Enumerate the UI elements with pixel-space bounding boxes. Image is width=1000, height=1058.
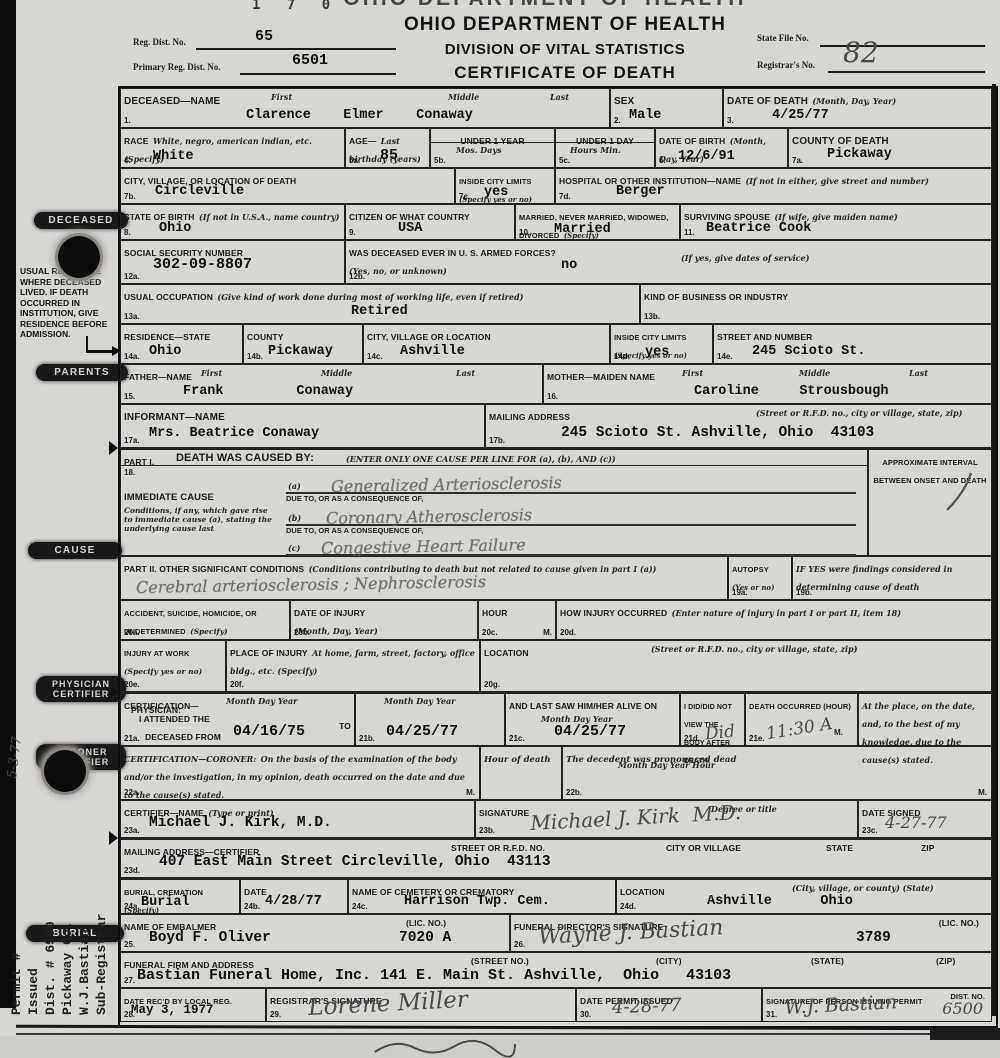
field-hint: (Street or R.F.D. no., city or village, … bbox=[651, 644, 857, 654]
field-value: 4/25/77 bbox=[772, 108, 829, 123]
field-value: Married bbox=[554, 222, 611, 237]
field-number: 11. bbox=[684, 228, 695, 237]
lic-no-value: 3789 bbox=[856, 930, 891, 946]
field-12b-armed-forces: WAS DECEASED EVER IN U. S. ARMED FORCES?… bbox=[345, 240, 992, 284]
field-hint: First bbox=[201, 368, 222, 378]
field-number: 21d. bbox=[684, 734, 700, 743]
field-number: 20c. bbox=[482, 628, 498, 637]
field-number: 17a. bbox=[124, 436, 140, 445]
field-4-race: RACE White, negro, american indian, etc.… bbox=[120, 128, 345, 168]
field-label: RACE bbox=[124, 136, 149, 146]
field-hint: (If not in either, give street and numbe… bbox=[746, 176, 929, 186]
rule bbox=[556, 142, 654, 143]
field-value: Ashville bbox=[400, 344, 465, 359]
field-25-embalmer: NAME OF EMBALMER (LIC. NO.) 25. Boyd F. … bbox=[120, 914, 510, 952]
part1-instruction: (ENTER ONLY ONE CAUSE PER LINE FOR (a), … bbox=[346, 454, 616, 464]
attended-label: I ATTENDED THE bbox=[139, 714, 210, 724]
field-value: May 3, 1977 bbox=[131, 1003, 214, 1017]
field-number: 14c. bbox=[367, 352, 383, 361]
field-value: USA bbox=[398, 221, 422, 236]
field-label: MOTHER—MAIDEN NAME bbox=[547, 372, 655, 382]
field-12a-ssn: SOCIAL SECURITY NUMBER 12a. 302-09-8807 bbox=[120, 240, 345, 284]
field-hint: Month Day Year bbox=[226, 696, 297, 706]
rule bbox=[828, 71, 985, 73]
field-5b-under-1-year: UNDER 1 YEAR Mos. Days 5b. bbox=[430, 128, 555, 168]
field-number: 7c. bbox=[459, 192, 470, 201]
registrar-no-label: Registrar's No. bbox=[757, 60, 815, 70]
field-number: 25. bbox=[124, 940, 135, 949]
field-value: White bbox=[153, 149, 194, 164]
deceased-from-label: DECEASED FROM bbox=[145, 732, 221, 742]
field-value: Boyd F. Oliver bbox=[149, 930, 271, 946]
field-label: COUNTY OF DEATH bbox=[792, 136, 889, 147]
field-number: 8. bbox=[124, 228, 131, 237]
field-23b-certifier-signature: SIGNATURE Degree or title 23b. Michael J… bbox=[475, 800, 858, 838]
field-number: 14b. bbox=[247, 352, 263, 361]
field-value: 11:30 A bbox=[765, 714, 834, 744]
field-hint: (Enter nature of injury in part I or par… bbox=[672, 608, 901, 618]
field-17b-informant-address: MAILING ADDRESS (Street or R.F.D. no., c… bbox=[485, 404, 992, 448]
field-value: Harrison Twp. Cem. bbox=[404, 894, 550, 909]
signature-value: W.J. Bastian bbox=[784, 991, 898, 1019]
field-label: FATHER—NAME bbox=[124, 372, 192, 382]
punch-hole-top bbox=[58, 236, 100, 278]
field-16-mother-maiden-name: MOTHER—MAIDEN NAME First Middle Last 16.… bbox=[543, 364, 992, 404]
field-hint: Last bbox=[550, 92, 569, 102]
field-20d-how-injury-occurred: HOW INJURY OCCURRED (Enter nature of inj… bbox=[556, 600, 992, 640]
field-number: 24a. bbox=[124, 902, 140, 911]
field-31-permit-issuer-signature: SIGNATURE OF PERSON ISSUING PERMIT DIST.… bbox=[762, 988, 992, 1022]
field-24a-burial-cremation: BURIAL, CREMATION (Specify) 24a. Burial bbox=[120, 878, 240, 914]
field-23a-certifier-name: CERTIFIER—NAME (Type or print) 23a. Mich… bbox=[120, 800, 475, 838]
film-code: 5152.08 bbox=[0, 927, 3, 991]
field-6-date-of-birth: DATE OF BIRTH (Month, Day, Year) 6. 12/6… bbox=[655, 128, 788, 168]
conditions-note: Conditions, if any, which gave rise to i… bbox=[124, 506, 274, 533]
field-number: 21a. bbox=[124, 734, 140, 743]
field-number: 2. bbox=[614, 116, 621, 125]
field-hint: Mos. Days bbox=[456, 145, 502, 155]
part1-cause-body: 18. IMMEDIATE CAUSE Conditions, if any, … bbox=[120, 466, 868, 556]
field-number: 21c. bbox=[509, 734, 525, 743]
field-22a-coroner-certification: CERTIFICATION—CORONER: On the basis of t… bbox=[120, 746, 480, 800]
field-number: 24d. bbox=[620, 902, 636, 911]
field-21b-attended-to: Month Day Year 21b. 04/25/77 bbox=[355, 692, 505, 746]
field-number: 22b. bbox=[566, 788, 582, 797]
field-21c-last-saw-alive: AND LAST SAW HIM/HER ALIVE ON Month Day … bbox=[505, 692, 680, 746]
dept-title: OHIO DEPARTMENT OF HEALTH bbox=[370, 14, 760, 36]
field-13b-kind-of-business: KIND OF BUSINESS OR INDUSTRY 13b. bbox=[640, 284, 992, 324]
cause-c-value: Congestive Heart Failure bbox=[321, 535, 526, 558]
field-20c-hour: HOUR 20c. M. bbox=[478, 600, 556, 640]
cause-b-value: Coronary Atherosclerosis bbox=[326, 505, 532, 528]
field-label: LOCATION bbox=[484, 648, 529, 658]
field-label: PLACE OF INJURY bbox=[230, 648, 308, 658]
column-label: (STATE) bbox=[811, 956, 844, 966]
line-prefix: (c) bbox=[288, 543, 300, 553]
field-hint: (If not in U.S.A., name country) bbox=[199, 212, 339, 222]
certificate-title: CERTIFICATE OF DEATH bbox=[400, 63, 730, 83]
field-21a-attended-from: CERTIFICATION— Month Day Year PHYSICIAN:… bbox=[120, 692, 355, 746]
rule bbox=[240, 73, 396, 75]
field-number: 17b. bbox=[489, 436, 505, 445]
field-number: 12b. bbox=[349, 272, 365, 281]
death-certificate-scan: OHIO DEPARTMENT OF HEALTH 1 7 0 Reg. Dis… bbox=[0, 0, 1000, 1058]
column-label: CITY OR VILLAGE bbox=[666, 843, 741, 853]
field-7c-inside-city-limits: INSIDE CITY LIMITS (Specify yes or no) 7… bbox=[455, 168, 555, 204]
field-17a-informant-name: INFORMANT—NAME 17a. Mrs. Beatrice Conawa… bbox=[120, 404, 485, 448]
field-hint: (Street or R.F.D. no., city or village, … bbox=[756, 408, 962, 418]
field-3-date-of-death: DATE OF DEATH (Month, Day, Year) 3. 4/25… bbox=[723, 88, 992, 128]
field-label: STREET AND NUMBER bbox=[717, 332, 812, 342]
field-value: 04/16/75 bbox=[233, 723, 305, 740]
field-20f-place-of-injury: PLACE OF INJURY At home, farm, street, f… bbox=[226, 640, 480, 692]
field-number: 26. bbox=[514, 940, 525, 949]
signature-value: Wayne J. Bastian bbox=[538, 915, 724, 950]
edge-notch-icon bbox=[109, 831, 118, 845]
field-24d-cemetery-location: LOCATION (City, village, or county) (Sta… bbox=[616, 878, 992, 914]
field-number: 30. bbox=[580, 1010, 591, 1019]
field-number: 7b. bbox=[124, 192, 136, 201]
field-hint: Month Day Year Hour bbox=[618, 760, 715, 770]
field-number: 23d. bbox=[124, 866, 140, 875]
field-label: HOW INJURY OCCURRED bbox=[560, 608, 667, 618]
field-2-sex: SEX 2. Male bbox=[610, 88, 723, 128]
part1-interval-column: APPROXIMATE INTERVAL BETWEEN ONSET AND D… bbox=[868, 448, 992, 556]
residence-note: USUAL RESIDENCE WHERE DECEASED LIVED. IF… bbox=[20, 266, 120, 340]
field-number: 20a. bbox=[124, 628, 140, 637]
field-label: DATE OF DEATH bbox=[727, 96, 808, 107]
field-23c-date-signed: DATE SIGNED 23c. 4-27-77 bbox=[858, 800, 992, 838]
field-number: 7d. bbox=[559, 192, 571, 201]
field-19a-autopsy: AUTOPSY (Yes or no) 19a. bbox=[728, 556, 792, 600]
field-hint: First bbox=[271, 92, 292, 102]
field-hint: Last bbox=[909, 368, 928, 378]
field-hint: (City, village, or county) (State) bbox=[792, 883, 934, 893]
field-hint: (If yes, give dates of service) bbox=[681, 253, 809, 263]
ghost-title-clipped: OHIO DEPARTMENT OF HEALTH bbox=[330, 0, 760, 12]
field-value: Did bbox=[704, 721, 736, 744]
field-label: CERTIFICATION—CORONER: bbox=[124, 754, 256, 764]
field-value: no bbox=[561, 258, 577, 273]
meridiem-label: M. bbox=[834, 728, 843, 737]
division-title: DIVISION OF VITAL STATISTICS bbox=[390, 41, 740, 58]
field-number: 23b. bbox=[479, 826, 495, 835]
field-label: MAILING ADDRESS bbox=[489, 412, 570, 422]
line-prefix: (a) bbox=[288, 481, 301, 491]
field-hint: Middle bbox=[321, 368, 352, 378]
field-number: 20e. bbox=[124, 680, 140, 689]
column-label: ZIP bbox=[921, 843, 935, 853]
field-label: INFORMANT—NAME bbox=[124, 412, 225, 423]
field-number: 24b. bbox=[244, 902, 260, 911]
edge-blotch bbox=[930, 1028, 1000, 1040]
field-hint: (Month, Day, Year) bbox=[812, 96, 896, 106]
field-value: 04/25/77 bbox=[554, 723, 626, 740]
field-7b-city-of-death: CITY, VILLAGE, OR LOCATION OF DEATH 7b. … bbox=[120, 168, 455, 204]
field-label: SEX bbox=[614, 96, 634, 107]
cause-a-value: Generalized Arteriosclerosis bbox=[331, 473, 562, 496]
note-arrow-shaft bbox=[86, 350, 114, 353]
field-number: 5b. bbox=[434, 156, 446, 165]
stamp-line: Issued bbox=[26, 775, 41, 1015]
field-label: LOCATION bbox=[620, 887, 665, 897]
to-label: TO bbox=[339, 721, 351, 731]
field-number: 20g. bbox=[484, 680, 500, 689]
field-value: Bastian Funeral Home, Inc. 141 E. Main S… bbox=[137, 967, 731, 984]
field-10-marital-status: MARRIED, NEVER MARRIED, WIDOWED, DIVORCE… bbox=[515, 204, 680, 240]
field-number: 18. bbox=[124, 468, 135, 477]
rule bbox=[196, 48, 396, 50]
field-23d-certifier-address: MAILING ADDRESS—CERTIFIER STREET OR R.F.… bbox=[120, 838, 992, 878]
field-value: yes bbox=[645, 345, 669, 360]
field-label: WAS DECEASED EVER IN U. S. ARMED FORCES? bbox=[349, 248, 556, 258]
field-24b-burial-date: DATE 24b. 4/28/77 bbox=[240, 878, 348, 914]
registrar-no-value: 82 bbox=[843, 36, 879, 69]
field-value: 245 Scioto St. bbox=[752, 344, 865, 359]
corner-mark: 1 7 0 bbox=[252, 0, 339, 13]
field-29-registrar-signature: REGISTRAR'S SIGNATURE 29. Lorene Miller bbox=[266, 988, 576, 1022]
immediate-cause-label: IMMEDIATE CAUSE bbox=[124, 492, 214, 503]
field-number: 21e. bbox=[749, 734, 765, 743]
field-number: 4. bbox=[124, 156, 131, 165]
field-value: Circleville bbox=[155, 184, 244, 199]
field-7a-county-of-death: COUNTY OF DEATH 7a. Pickaway bbox=[788, 128, 992, 168]
field-number: 9. bbox=[349, 228, 356, 237]
edge-notch-icon bbox=[109, 685, 118, 699]
field-number: 29. bbox=[270, 1010, 281, 1019]
lic-no-value: 7020 A bbox=[399, 930, 451, 946]
field-value: Frank Conaway bbox=[183, 384, 353, 399]
margin-tab-parents: PARENTS bbox=[36, 364, 128, 381]
field-5a-age: AGE— Last birthday (years) 5a. 85 bbox=[345, 128, 430, 168]
meridiem-label: M. bbox=[543, 628, 552, 637]
field-value: Burial bbox=[141, 895, 190, 910]
field-number: 19a. bbox=[732, 588, 748, 597]
field-9-citizen-of-country: CITIZEN OF WHAT COUNTRY 9. USA bbox=[345, 204, 515, 240]
field-21e-hour-of-death: DEATH OCCURRED (HOUR) 21e. 11:30 A M. bbox=[745, 692, 858, 746]
field-28-date-received: DATE REC'D BY LOCAL REG. 28. May 3, 1977 bbox=[120, 988, 266, 1022]
field-value: 245 Scioto St. Ashville, Ohio 43103 bbox=[561, 425, 874, 441]
field-20b-date-of-injury: DATE OF INJURY (Month, Day, Year) 20b. bbox=[290, 600, 478, 640]
rule bbox=[431, 142, 554, 143]
primary-reg-dist-value: 6501 bbox=[292, 52, 328, 69]
field-number: 23a. bbox=[124, 826, 140, 835]
primary-reg-dist-label: Primary Reg. Dist. No. bbox=[133, 62, 220, 72]
lic-no-label: (LIC. NO.) bbox=[939, 918, 979, 928]
field-number: 23c. bbox=[862, 826, 878, 835]
field-value: Mrs. Beatrice Conaway bbox=[149, 426, 319, 441]
field-number: 6. bbox=[659, 156, 666, 165]
stamp-line: Sub-Registrar bbox=[94, 775, 109, 1015]
field-hint: (Give kind of work done during most of w… bbox=[217, 292, 523, 302]
field-value: Beatrice Cook bbox=[706, 221, 811, 236]
field-value: 407 East Main Street Circleville, Ohio 4… bbox=[159, 854, 551, 870]
field-label: IF YES were findings considered in deter… bbox=[796, 564, 952, 592]
field-14b-residence-county: COUNTY 14b. Pickaway bbox=[243, 324, 363, 364]
field-14c-residence-city: CITY, VILLAGE OR LOCATION 14c. Ashville bbox=[363, 324, 610, 364]
field-27-funeral-firm: FUNERAL FIRM AND ADDRESS (STREET NO.) (C… bbox=[120, 952, 992, 988]
stamp-line: Permit # bbox=[9, 775, 24, 1015]
field-22b-pronounced-dead: The decedent was pronounced dead Month D… bbox=[562, 746, 992, 800]
field-number: 20f. bbox=[230, 680, 244, 689]
field-value: 12/6/91 bbox=[678, 149, 735, 164]
field-number: 12a. bbox=[124, 272, 140, 281]
stamp-line: Pickaway Co. bbox=[60, 775, 75, 1015]
field-number: 19b. bbox=[796, 588, 812, 597]
field-hint: (Specify) bbox=[190, 627, 228, 636]
part2-value: Cerebral arteriosclerosis ; Nephrosclero… bbox=[136, 572, 486, 597]
column-label: (CITY) bbox=[656, 956, 682, 966]
field-number: 14d. bbox=[614, 352, 630, 361]
field-value: Michael J. Kirk, M.D. bbox=[149, 815, 332, 831]
field-value: Ohio bbox=[149, 344, 181, 359]
part1-title: DEATH WAS CAUSED BY: bbox=[176, 452, 314, 464]
field-number: 5c. bbox=[559, 156, 570, 165]
field-22-hour-of-death: Hour of death bbox=[480, 746, 562, 800]
field-number: 21b. bbox=[359, 734, 375, 743]
field-value: Pickaway bbox=[827, 147, 892, 162]
state-file-label: State File No. bbox=[757, 33, 809, 43]
field-number: 14e. bbox=[717, 352, 733, 361]
reg-dist-value: 65 bbox=[255, 28, 273, 45]
field-value: Berger bbox=[616, 184, 665, 199]
field-value: 4-27-77 bbox=[885, 813, 947, 832]
cause-line-a: (a) Generalized Arteriosclerosis bbox=[286, 468, 856, 494]
field-value: Ohio bbox=[159, 221, 191, 236]
margin-tab-deceased: DECEASED bbox=[34, 212, 128, 229]
field-14e-street-and-number: STREET AND NUMBER 14e. 245 Scioto St. bbox=[713, 324, 992, 364]
dist-no-value: 6500 bbox=[942, 999, 983, 1018]
lic-no-label: (LIC. NO.) bbox=[406, 918, 446, 928]
field-20e-injury-at-work: INJURY AT WORK (Specify yes or no) 20e. bbox=[120, 640, 226, 692]
field-label: KIND OF BUSINESS OR INDUSTRY bbox=[644, 292, 788, 302]
part2-label: PART II. OTHER SIGNIFICANT CONDITIONS bbox=[124, 564, 304, 574]
field-label: USUAL OCCUPATION bbox=[124, 292, 213, 302]
signature-value: Lorene Miller bbox=[308, 987, 469, 1021]
field-value: 85 bbox=[380, 147, 398, 164]
field-13a-usual-occupation: USUAL OCCUPATION (Give kind of work done… bbox=[120, 284, 640, 324]
field-number: 3. bbox=[727, 116, 734, 125]
field-number: 16. bbox=[547, 392, 558, 401]
field-number: 31. bbox=[766, 1010, 777, 1019]
field-20a-accident-suicide: ACCIDENT, SUICIDE, HOMICIDE, OR UNDETERM… bbox=[120, 600, 290, 640]
field-1-deceased-name: DECEASED—NAME First Middle Last 1. Clare… bbox=[120, 88, 610, 128]
stamp-line: Dist. # 6500 bbox=[43, 775, 58, 1015]
field-label: DEATH OCCURRED (HOUR) bbox=[749, 702, 851, 711]
page-edge-line bbox=[16, 1033, 994, 1035]
field-number: 13a. bbox=[124, 312, 140, 321]
field-19b-findings: IF YES were findings considered in deter… bbox=[792, 556, 992, 600]
field-hint: Last bbox=[456, 368, 475, 378]
part2-other-conditions: PART II. OTHER SIGNIFICANT CONDITIONS (C… bbox=[120, 556, 728, 600]
field-number: 27. bbox=[124, 976, 135, 985]
field-number: 7a. bbox=[792, 156, 803, 165]
field-7d-hospital: HOSPITAL OR OTHER INSTITUTION—NAME (If n… bbox=[555, 168, 992, 204]
meridiem-label: M. bbox=[978, 788, 987, 797]
field-value: 4-28-77 bbox=[612, 995, 682, 1018]
field-number: 14a. bbox=[124, 352, 140, 361]
field-number: 5a. bbox=[349, 156, 360, 165]
field-value: 302-09-8807 bbox=[153, 256, 252, 273]
field-number: 10. bbox=[519, 228, 530, 237]
edge-notch-icon bbox=[109, 441, 118, 455]
field-5c-under-1-day: UNDER 1 DAY Hours Min. 5c. bbox=[555, 128, 655, 168]
cause-line-c: (c) Congestive Heart Failure bbox=[286, 530, 856, 556]
column-label: (ZIP) bbox=[936, 956, 955, 966]
field-label: Hour of death bbox=[484, 755, 551, 765]
field-label: SIGNATURE bbox=[479, 808, 529, 818]
field-label: INJURY AT WORK bbox=[124, 649, 190, 658]
field-label: AND LAST SAW HIM/HER ALIVE ON bbox=[509, 701, 657, 711]
field-label: AUTOPSY bbox=[732, 565, 769, 574]
margin-tab-cause: CAUSE bbox=[28, 542, 122, 559]
field-21d-viewed-body: I DID/DID NOT VIEW THE BODY AFTER DEATH.… bbox=[680, 692, 745, 746]
field-21-attestation-note: At the place, on the date, and, to the b… bbox=[858, 692, 992, 746]
field-hint: (Specify yes or no) bbox=[124, 667, 202, 676]
field-hint: Middle bbox=[448, 92, 479, 102]
field-value: 04/25/77 bbox=[386, 723, 458, 740]
field-value: Clarence Elmer Conaway bbox=[246, 108, 473, 123]
field-label: INSIDE CITY LIMITS bbox=[614, 333, 687, 342]
field-label: DATE bbox=[244, 887, 267, 897]
meridiem-label: M. bbox=[466, 788, 475, 797]
field-30-date-permit-issued: DATE PERMIT ISSUED 30. 4-28-77 bbox=[576, 988, 762, 1022]
field-number: 15. bbox=[124, 392, 135, 401]
part1-header: PART I. DEATH WAS CAUSED BY: (ENTER ONLY… bbox=[120, 448, 868, 466]
field-hint: First bbox=[682, 368, 703, 378]
stray-ink-squiggle bbox=[370, 1036, 520, 1058]
field-label: COUNTY bbox=[247, 332, 284, 342]
field-value: yes bbox=[484, 185, 508, 200]
field-value: Caroline Strousbough bbox=[694, 384, 888, 399]
field-label: AGE— bbox=[349, 136, 376, 146]
field-label: DATE OF INJURY bbox=[294, 608, 365, 618]
field-number: 24c. bbox=[352, 902, 368, 911]
column-label: (STREET NO.) bbox=[471, 956, 529, 966]
field-label: DECEASED—NAME bbox=[124, 96, 220, 107]
field-hint: Hours Min. bbox=[570, 145, 621, 155]
field-number: 20b. bbox=[294, 628, 310, 637]
field-value: Ashville Ohio bbox=[707, 894, 853, 909]
line-prefix: (b) bbox=[288, 513, 301, 523]
column-label: STREET OR R.F.D. NO. bbox=[451, 843, 545, 853]
field-label: HOUR bbox=[482, 608, 507, 618]
field-number: 22a. bbox=[124, 788, 140, 797]
interval-ink-mark bbox=[927, 470, 977, 514]
stamp-line: W.J.Bastian bbox=[77, 775, 92, 1015]
field-24c-cemetery-name: NAME OF CEMETERY OR CREMATORY 24c. Harri… bbox=[348, 878, 616, 914]
field-hint: Middle bbox=[799, 368, 830, 378]
field-label: RESIDENCE—STATE bbox=[124, 332, 210, 342]
field-14a-residence-state: RESIDENCE—STATE 14a. Ohio bbox=[120, 324, 243, 364]
field-8-state-of-birth: STATE OF BIRTH (If not in U.S.A., name c… bbox=[120, 204, 345, 240]
field-11-surviving-spouse: SURVIVING SPOUSE (If wife, give maiden n… bbox=[680, 204, 992, 240]
cause-line-b: (b) Coronary Atherosclerosis bbox=[286, 500, 856, 526]
field-14d-inside-city-limits: INSIDE CITY LIMITS (Specify yes or no) 1… bbox=[610, 324, 713, 364]
signature-value: Michael J. Kirk M.D. bbox=[530, 800, 742, 835]
field-26-funeral-director-signature: FUNERAL DIRECTOR'S SIGNATURE (LIC. NO.) … bbox=[510, 914, 992, 952]
field-number: 13b. bbox=[644, 312, 660, 321]
column-label: STATE bbox=[826, 843, 853, 853]
field-15-father-name: FATHER—NAME First Middle Last 15. Frank … bbox=[120, 364, 543, 404]
field-label: CITY, VILLAGE OR LOCATION bbox=[367, 332, 491, 342]
field-20g-injury-location: LOCATION (Street or R.F.D. no., city or … bbox=[480, 640, 992, 692]
field-value: Pickaway bbox=[268, 344, 333, 359]
field-value: Retired bbox=[351, 304, 408, 319]
field-number: 20d. bbox=[560, 628, 576, 637]
field-number: 1. bbox=[124, 116, 131, 125]
field-value: 4/28/77 bbox=[265, 894, 322, 909]
